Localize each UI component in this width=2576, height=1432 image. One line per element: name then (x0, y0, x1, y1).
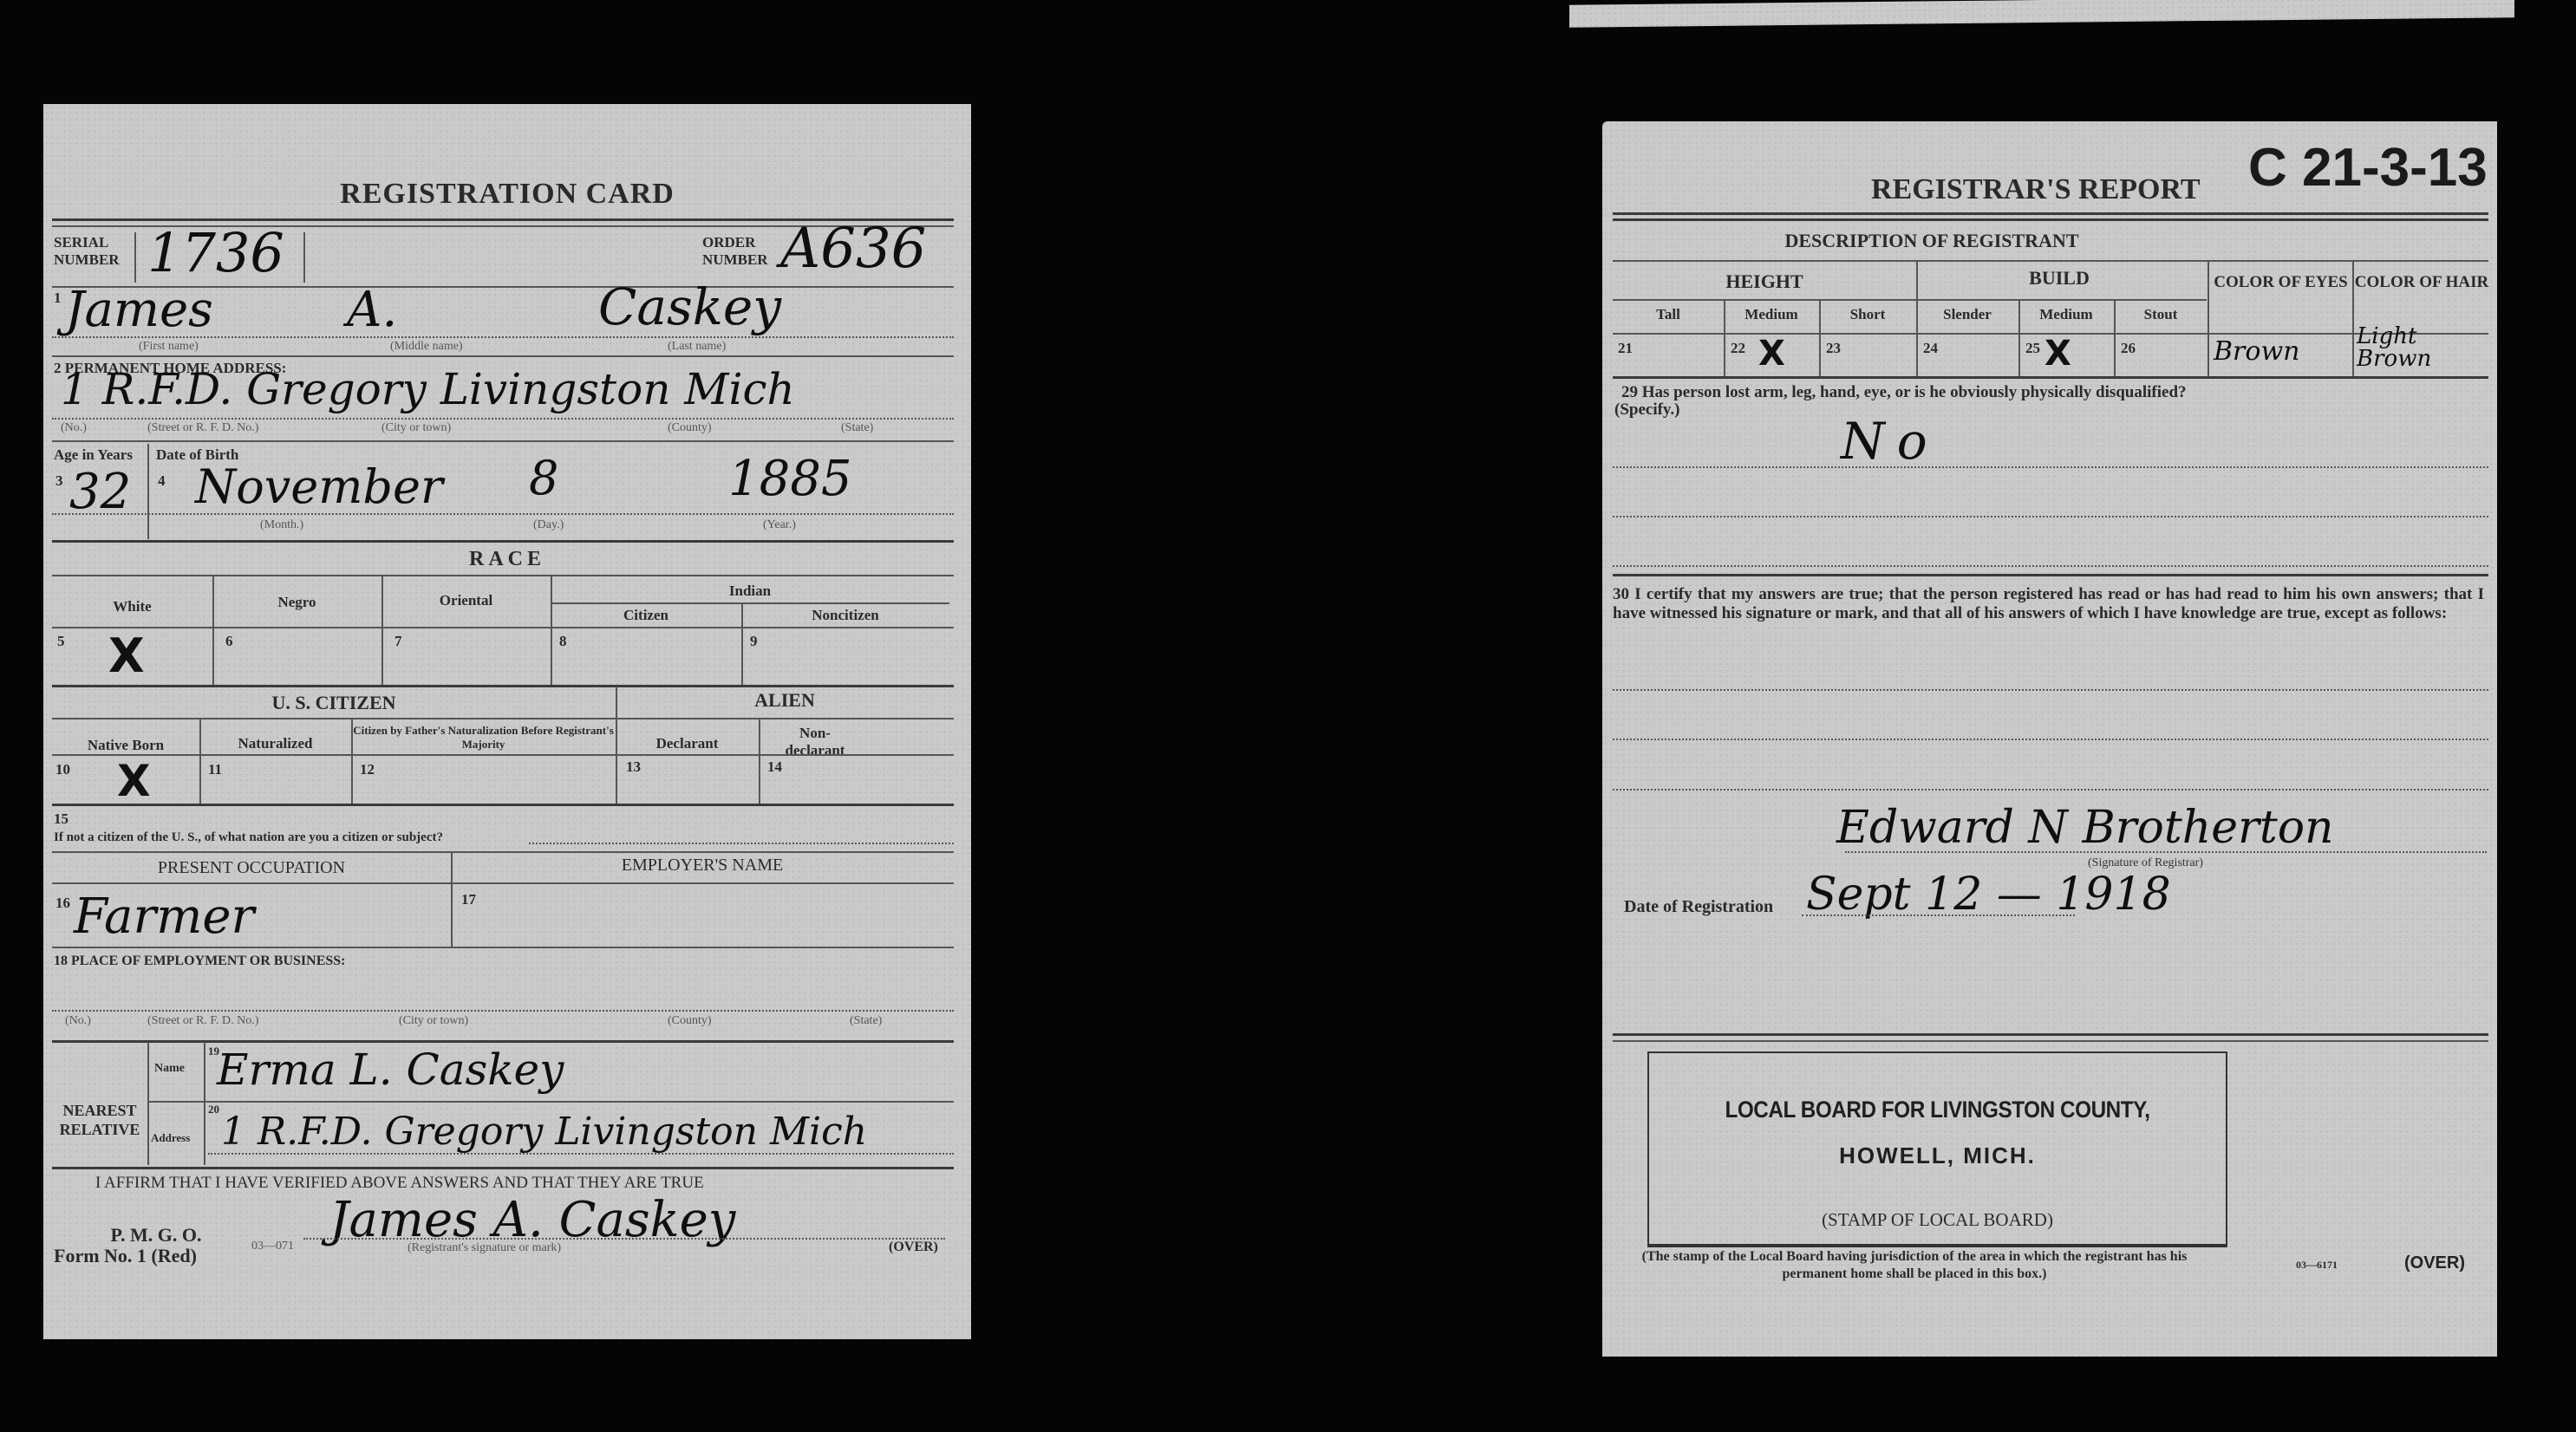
q29-label: 29 Has person lost arm, leg, hand, eye, … (1621, 383, 2187, 402)
race-header: RACE (43, 548, 971, 571)
registrars-report-card: REGISTRAR'S REPORT C 21-3-13 DESCRIPTION… (1602, 121, 2497, 1357)
nearest-relative-label: NEAREST RELATIVE (52, 1101, 147, 1139)
race-col-oriental: Oriental (382, 592, 551, 609)
serial-number: 1736 (147, 221, 284, 284)
build-col-slender: Slender (1916, 306, 2018, 323)
field-number: 15 (54, 810, 68, 828)
caption-last-name: (Last name) (668, 340, 726, 354)
over-label: (OVER) (2404, 1253, 2465, 1273)
field-number: 5 (57, 633, 65, 650)
field-number: 14 (767, 758, 782, 776)
caption-month: (Month.) (260, 518, 303, 532)
form-line2: Form No. 1 (Red) (54, 1245, 197, 1267)
race-col-white: White (52, 598, 212, 615)
caption-city: (City or town) (382, 421, 451, 435)
q29-specify: (Specify.) (1614, 400, 1679, 420)
field-number: 21 (1618, 340, 1633, 357)
date-of-registration: Sept 12 — 1918 (1806, 869, 2171, 921)
form-code: 03—071 (251, 1240, 294, 1253)
build-col-stout: Stout (2114, 306, 2208, 323)
race-col-indian-citizen: Citizen (551, 607, 741, 624)
registrar-signature: Edward N Brotherton (1836, 802, 2334, 854)
caption-state: (State) (841, 421, 873, 435)
dob-day: 8 (529, 451, 558, 505)
card-title: REGISTRATION CARD (43, 178, 971, 211)
report-title: REGISTRAR'S REPORT (1871, 173, 2201, 206)
race-col-indian-noncitizen: Noncitizen (741, 607, 949, 624)
caption-state: (State) (850, 1014, 882, 1028)
first-name: James (65, 282, 213, 338)
alien-header: ALIEN (616, 689, 954, 712)
build-col-medium: Medium (2018, 306, 2114, 323)
field-number: 20 (208, 1103, 219, 1116)
relative-address: 1 R.F.D. Gregory Livingston Mich (221, 1110, 867, 1154)
field-number: 23 (1826, 340, 1841, 357)
occupation-label: PRESENT OCCUPATION (52, 858, 451, 878)
caption-street: (Street or R. F. D. No.) (147, 1014, 258, 1028)
field-number: 7 (395, 633, 402, 650)
caption-street: (Street or R. F. D. No.) (147, 421, 258, 435)
form-code: 03—6171 (2296, 1259, 2338, 1272)
race-indian-header: Indian (551, 583, 949, 600)
field-number: 3 (55, 472, 63, 490)
registrant-signature: James A. Caskey (329, 1192, 735, 1248)
q30-text: 30 I certify that my answers are true; t… (1613, 585, 2484, 623)
field-number: 10 (55, 761, 70, 778)
stamp-line1: LOCAL BOARD FOR LIVINGSTON COUNTY, (1678, 1097, 2197, 1123)
field-number: 22 (1731, 340, 1745, 357)
caption-day: (Day.) (533, 518, 564, 532)
caption-city: (City or town) (399, 1014, 468, 1028)
order-number: A636 (780, 217, 926, 281)
field-number: 24 (1923, 340, 1938, 357)
description-header: DESCRIPTION OF REGISTRANT (1602, 230, 2261, 252)
field-number: 11 (208, 761, 222, 778)
caption-no: (No.) (61, 421, 87, 435)
height-col-short: Short (1819, 306, 1916, 323)
race-col-negro: Negro (212, 594, 382, 611)
age: 32 (69, 464, 131, 520)
citizen-col-father-naturalized: Citizen by Father's Naturalization Befor… (351, 724, 616, 752)
field-number: 1 (54, 290, 62, 307)
dob-month: November (195, 459, 443, 514)
caption-first-name: (First name) (139, 340, 199, 354)
alien-col-declarant: Declarant (616, 735, 759, 752)
over-label: (OVER) (889, 1240, 938, 1255)
home-address: 1 R.F.D. Gregory Livingston Mich (61, 364, 795, 414)
signature-caption: (Registrant's signature or mark) (408, 1241, 561, 1255)
affirm-text: I AFFIRM THAT I HAVE VERIFIED ABOVE ANSW… (95, 1174, 704, 1193)
hair-color: Light Brown (2357, 325, 2487, 370)
q15-label: If not a citizen of the U. S., of what n… (54, 830, 443, 845)
relative-name-label: Name (154, 1062, 185, 1076)
place-of-employment-label: 18 PLACE OF EMPLOYMENT OR BUSINESS: (54, 954, 345, 969)
eye-color-header: COLOR OF EYES (2209, 273, 2352, 292)
employer-label: EMPLOYER'S NAME (451, 856, 954, 875)
middle-name: A. (347, 282, 397, 338)
form-line1: P. M. G. O. (78, 1224, 234, 1246)
registration-card: REGISTRATION CARD SERIAL NUMBER 1736 ORD… (43, 104, 971, 1339)
field-number: 12 (360, 761, 375, 778)
order-number-label: ORDER NUMBER (702, 234, 780, 269)
field-number: 25 (2025, 340, 2040, 357)
native-born-mark: X (117, 756, 151, 806)
dob-year: 1885 (728, 451, 852, 507)
eye-color: Brown (2214, 336, 2299, 367)
stamp-caption: (STAMP OF LOCAL BOARD) (1649, 1209, 2226, 1231)
field-number: 8 (559, 633, 567, 650)
height-medium-mark: X (1758, 334, 1785, 374)
stamp-line2: HOWELL, MICH. (1649, 1142, 2226, 1169)
field-number: 17 (461, 891, 476, 908)
field-number: 4 (158, 472, 166, 490)
height-col-medium: Medium (1724, 306, 1819, 323)
us-citizen-header: U. S. CITIZEN (52, 692, 616, 714)
age-label: Age in Years (54, 446, 133, 464)
serial-number-label: SERIAL NUMBER (54, 234, 132, 269)
build-medium-mark: X (2044, 334, 2071, 374)
citizen-col-naturalized: Naturalized (199, 735, 351, 752)
race-white-mark: X (108, 628, 145, 683)
build-header: BUILD (1916, 267, 2202, 290)
last-name: Caskey (598, 277, 781, 336)
caption-no: (No.) (65, 1014, 91, 1028)
occupation: Farmer (74, 888, 254, 945)
caption-county: (County) (668, 421, 712, 435)
field-number: 26 (2121, 340, 2136, 357)
date-of-registration-label: Date of Registration (1624, 897, 1773, 917)
field-number: 16 (55, 895, 70, 912)
caption-middle-name: (Middle name) (390, 340, 463, 354)
q29-answer: No (1841, 412, 1940, 471)
relative-address-label: Address (151, 1131, 190, 1145)
local-board-stamp-box: LOCAL BOARD FOR LIVINGSTON COUNTY, HOWEL… (1647, 1051, 2227, 1247)
field-number: 9 (750, 633, 758, 650)
caption-year: (Year.) (763, 518, 796, 532)
hair-color-header: COLOR OF HAIR (2352, 273, 2491, 292)
field-number: 13 (626, 758, 641, 776)
caption-county: (County) (668, 1014, 712, 1028)
citizen-col-native-born: Native Born (52, 737, 199, 754)
height-col-tall: Tall (1613, 306, 1724, 323)
stamp-note: (The stamp of the Local Board having jur… (1628, 1248, 2201, 1283)
stamp-code: C 21-3-13 (2248, 137, 2488, 199)
field-number: 6 (225, 633, 233, 650)
relative-name: Erma L. Caskey (217, 1045, 564, 1095)
height-header: HEIGHT (1613, 270, 1916, 293)
adjacent-card-edge (1569, 0, 2514, 28)
